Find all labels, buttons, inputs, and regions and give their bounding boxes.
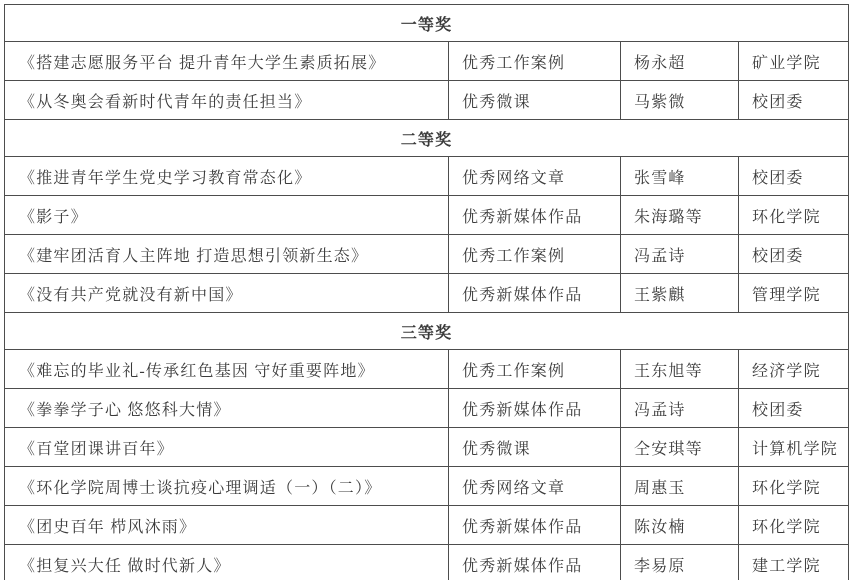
author-cell: 李易原 bbox=[621, 545, 739, 580]
work-title-cell: 《影子》 bbox=[5, 196, 449, 235]
table-row: 《影子》 优秀新媒体作品 朱海璐等 环化学院 bbox=[5, 196, 849, 235]
section-header-row: 二等奖 bbox=[5, 120, 849, 157]
table-row: 《搭建志愿服务平台 提升青年大学生素质拓展》 优秀工作案例 杨永超 矿业学院 bbox=[5, 42, 849, 81]
table-row: 《环化学院周博士谈抗疫心理调适（一）（二）》 优秀网络文章 周惠玉 环化学院 bbox=[5, 467, 849, 506]
department-cell: 校团委 bbox=[739, 81, 849, 120]
category-cell: 优秀工作案例 bbox=[449, 235, 621, 274]
category-cell: 优秀新媒体作品 bbox=[449, 196, 621, 235]
department-cell: 环化学院 bbox=[739, 467, 849, 506]
department-cell: 校团委 bbox=[739, 157, 849, 196]
section-header-row: 三等奖 bbox=[5, 313, 849, 350]
work-title-cell: 《建牢团活育人主阵地 打造思想引领新生态》 bbox=[5, 235, 449, 274]
author-cell: 王东旭等 bbox=[621, 350, 739, 389]
author-cell: 杨永超 bbox=[621, 42, 739, 81]
category-cell: 优秀新媒体作品 bbox=[449, 274, 621, 313]
author-cell: 冯孟诗 bbox=[621, 235, 739, 274]
category-cell: 优秀微课 bbox=[449, 428, 621, 467]
department-cell: 环化学院 bbox=[739, 196, 849, 235]
author-cell: 马紫微 bbox=[621, 81, 739, 120]
department-cell: 计算机学院 bbox=[739, 428, 849, 467]
author-cell: 周惠玉 bbox=[621, 467, 739, 506]
work-title-cell: 《百堂团课讲百年》 bbox=[5, 428, 449, 467]
section-title: 三等奖 bbox=[5, 313, 849, 350]
work-title-cell: 《担复兴大任 做时代新人》 bbox=[5, 545, 449, 580]
author-cell: 陈汝楠 bbox=[621, 506, 739, 545]
author-cell: 朱海璐等 bbox=[621, 196, 739, 235]
work-title-cell: 《难忘的毕业礼-传承红色基因 守好重要阵地》 bbox=[5, 350, 449, 389]
table-row: 《拳拳学子心 悠悠科大情》 优秀新媒体作品 冯孟诗 校团委 bbox=[5, 389, 849, 428]
work-title-cell: 《团史百年 栉风沐雨》 bbox=[5, 506, 449, 545]
category-cell: 优秀工作案例 bbox=[449, 42, 621, 81]
author-cell: 冯孟诗 bbox=[621, 389, 739, 428]
work-title-cell: 《没有共产党就没有新中国》 bbox=[5, 274, 449, 313]
department-cell: 校团委 bbox=[739, 389, 849, 428]
work-title-cell: 《环化学院周博士谈抗疫心理调适（一）（二）》 bbox=[5, 467, 449, 506]
category-cell: 优秀网络文章 bbox=[449, 467, 621, 506]
work-title-cell: 《搭建志愿服务平台 提升青年大学生素质拓展》 bbox=[5, 42, 449, 81]
section-title: 二等奖 bbox=[5, 120, 849, 157]
department-cell: 矿业学院 bbox=[739, 42, 849, 81]
table-row: 《担复兴大任 做时代新人》 优秀新媒体作品 李易原 建工学院 bbox=[5, 545, 849, 580]
department-cell: 校团委 bbox=[739, 235, 849, 274]
author-cell: 仝安琪等 bbox=[621, 428, 739, 467]
department-cell: 环化学院 bbox=[739, 506, 849, 545]
table-row: 《团史百年 栉风沐雨》 优秀新媒体作品 陈汝楠 环化学院 bbox=[5, 506, 849, 545]
department-cell: 管理学院 bbox=[739, 274, 849, 313]
category-cell: 优秀微课 bbox=[449, 81, 621, 120]
category-cell: 优秀新媒体作品 bbox=[449, 545, 621, 580]
award-table: 一等奖 《搭建志愿服务平台 提升青年大学生素质拓展》 优秀工作案例 杨永超 矿业… bbox=[4, 4, 849, 580]
table-row: 《难忘的毕业礼-传承红色基因 守好重要阵地》 优秀工作案例 王东旭等 经济学院 bbox=[5, 350, 849, 389]
department-cell: 经济学院 bbox=[739, 350, 849, 389]
table-row: 《推进青年学生党史学习教育常态化》 优秀网络文章 张雪峰 校团委 bbox=[5, 157, 849, 196]
department-cell: 建工学院 bbox=[739, 545, 849, 580]
author-cell: 张雪峰 bbox=[621, 157, 739, 196]
category-cell: 优秀新媒体作品 bbox=[449, 389, 621, 428]
work-title-cell: 《拳拳学子心 悠悠科大情》 bbox=[5, 389, 449, 428]
document-page: 一等奖 《搭建志愿服务平台 提升青年大学生素质拓展》 优秀工作案例 杨永超 矿业… bbox=[0, 0, 856, 580]
table-row: 《从冬奥会看新时代青年的责任担当》 优秀微课 马紫微 校团委 bbox=[5, 81, 849, 120]
category-cell: 优秀新媒体作品 bbox=[449, 506, 621, 545]
category-cell: 优秀工作案例 bbox=[449, 350, 621, 389]
table-row: 《百堂团课讲百年》 优秀微课 仝安琪等 计算机学院 bbox=[5, 428, 849, 467]
award-table-body: 一等奖 《搭建志愿服务平台 提升青年大学生素质拓展》 优秀工作案例 杨永超 矿业… bbox=[5, 5, 849, 580]
section-title: 一等奖 bbox=[5, 5, 849, 42]
author-cell: 王紫麒 bbox=[621, 274, 739, 313]
category-cell: 优秀网络文章 bbox=[449, 157, 621, 196]
work-title-cell: 《从冬奥会看新时代青年的责任担当》 bbox=[5, 81, 449, 120]
table-row: 《没有共产党就没有新中国》 优秀新媒体作品 王紫麒 管理学院 bbox=[5, 274, 849, 313]
section-header-row: 一等奖 bbox=[5, 5, 849, 42]
work-title-cell: 《推进青年学生党史学习教育常态化》 bbox=[5, 157, 449, 196]
table-row: 《建牢团活育人主阵地 打造思想引领新生态》 优秀工作案例 冯孟诗 校团委 bbox=[5, 235, 849, 274]
